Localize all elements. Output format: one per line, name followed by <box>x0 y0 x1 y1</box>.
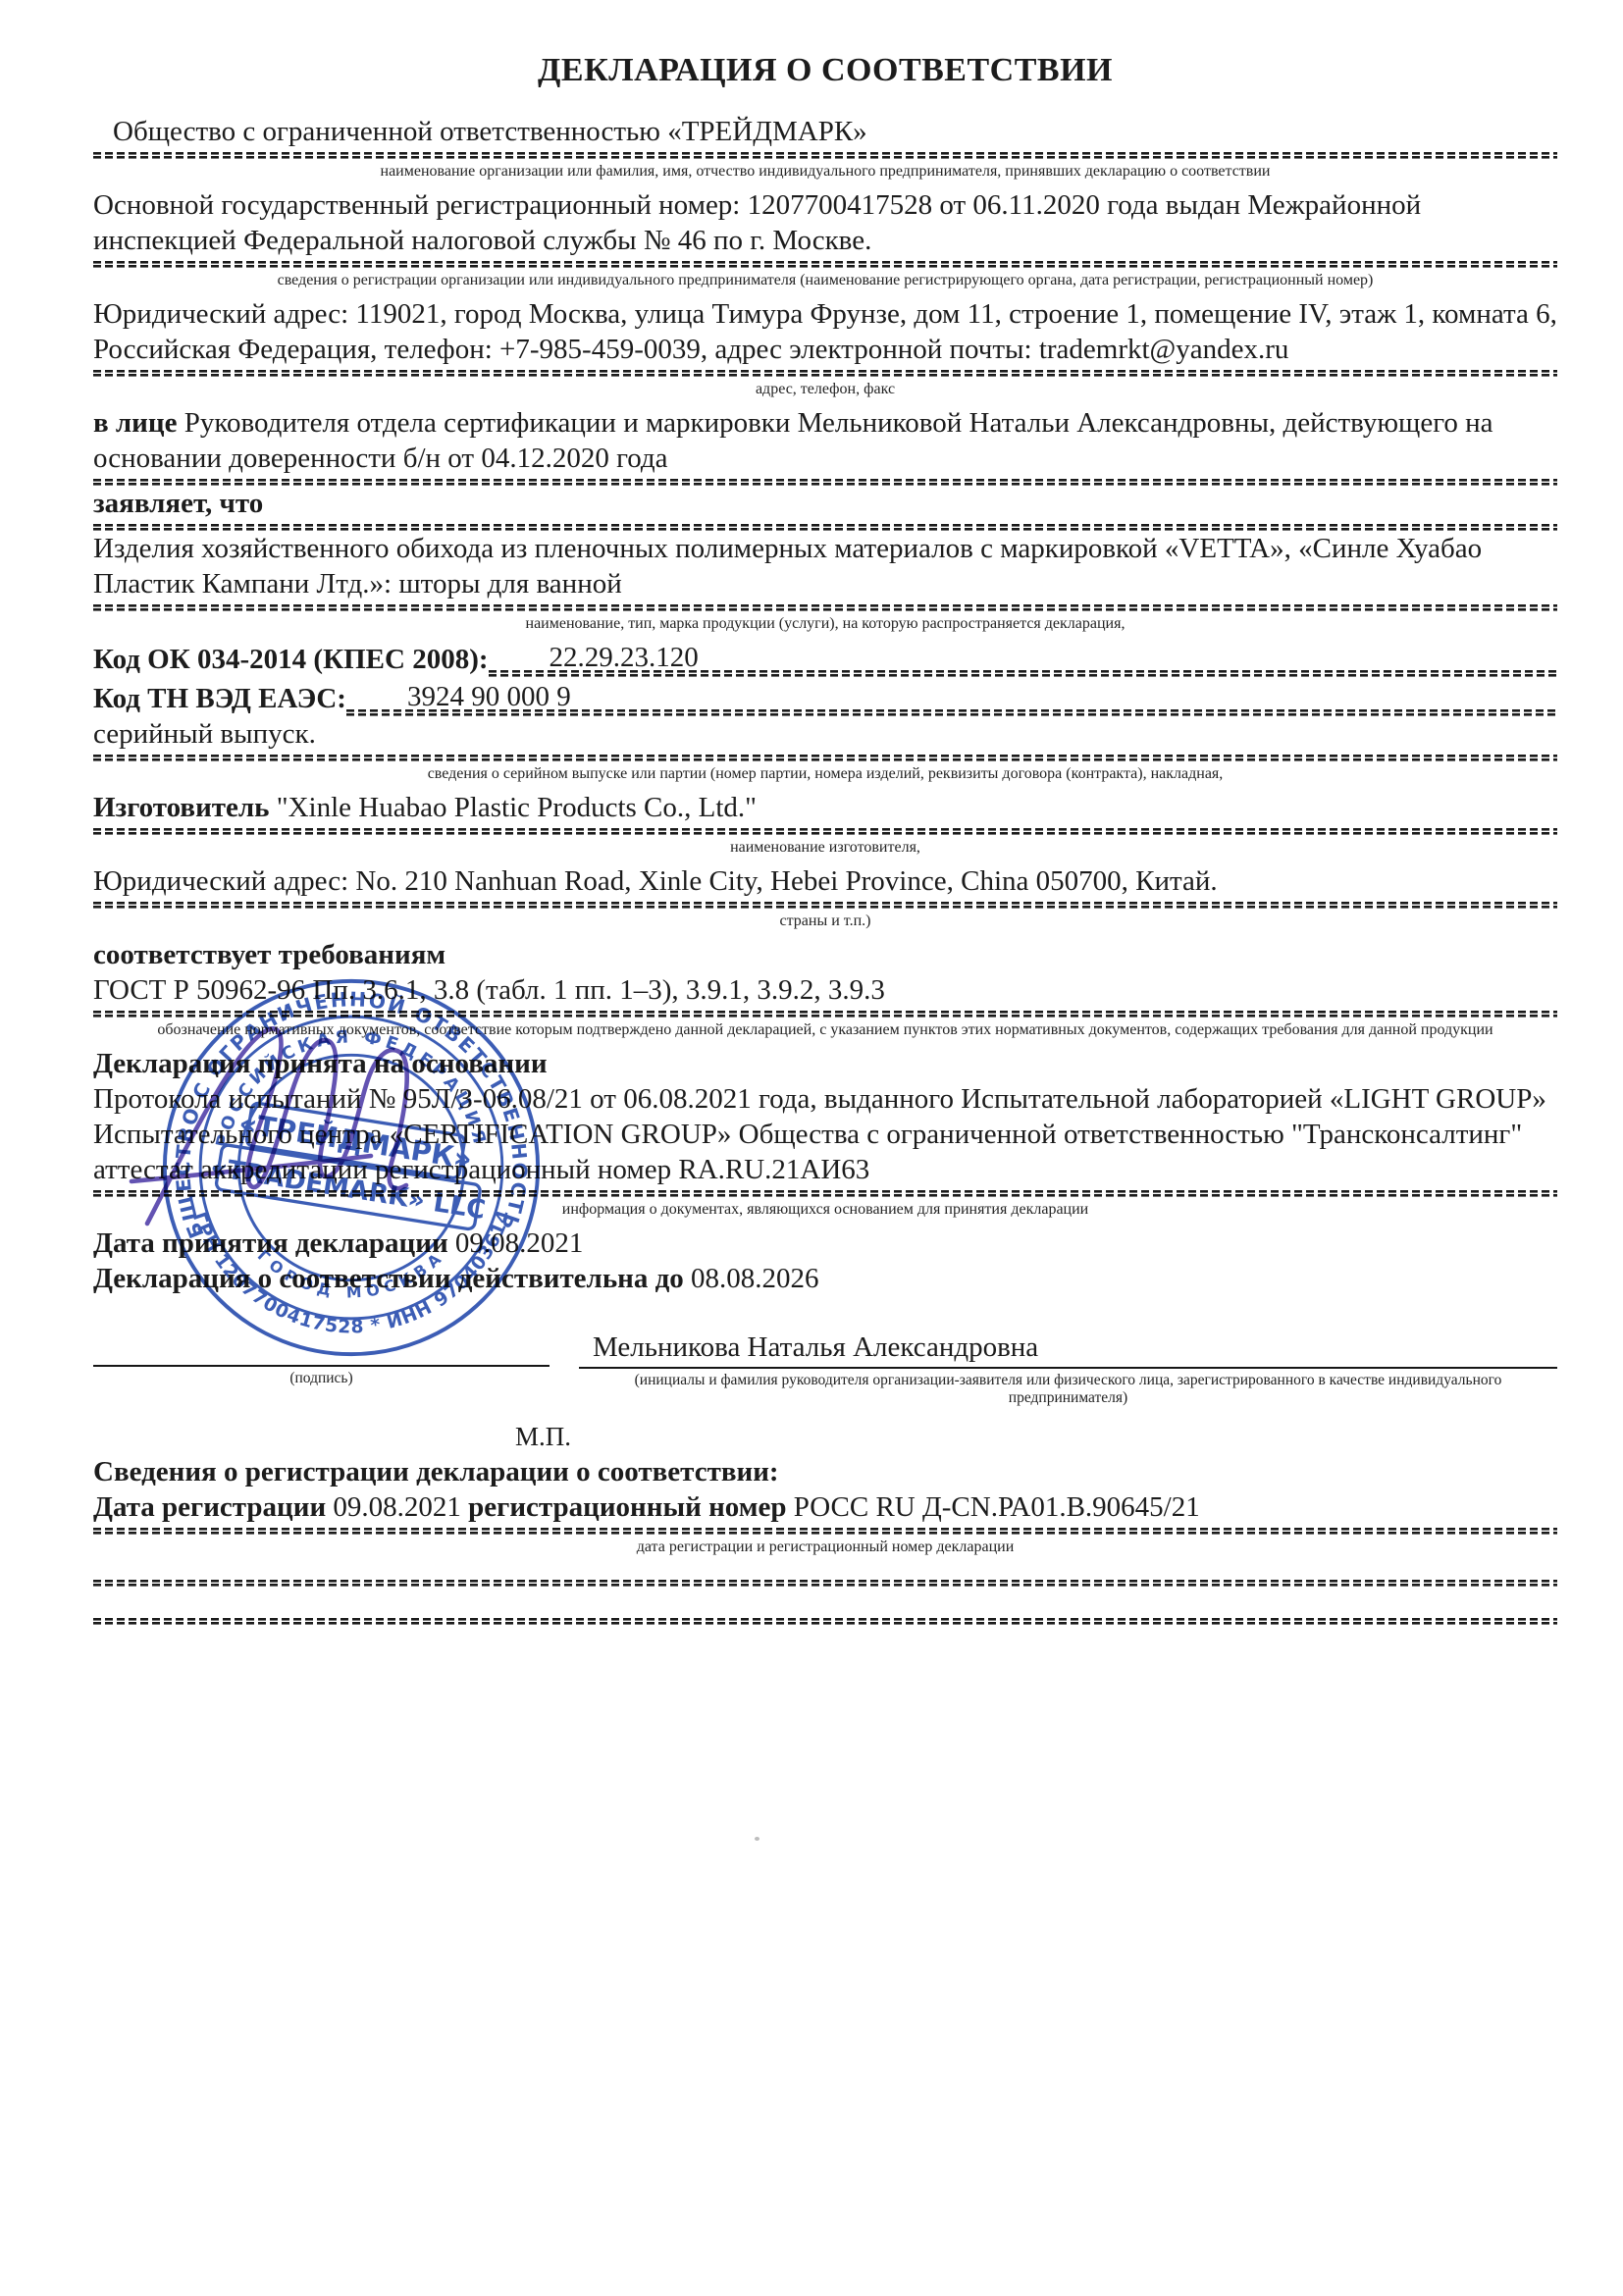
representative-text: Руководителя отдела сертификации и марки… <box>93 407 1493 474</box>
okp-code-label: Код ОК 034-2014 (КПЕС 2008): <box>93 642 489 677</box>
dashed-rule <box>93 152 1557 159</box>
compliance-heading: соответствует требованиям <box>93 937 1557 972</box>
manufacturer-address: Юридический адрес: No. 210 Nanhuan Road,… <box>93 863 1557 899</box>
signature-line <box>93 1365 550 1367</box>
dashed-rule <box>93 370 1557 377</box>
manufacturer-name: "Xinle Huabao Plastic Products Co., Ltd.… <box>277 792 757 823</box>
signatory-name-caption: (инициалы и фамилия руководителя организ… <box>579 1372 1557 1407</box>
registration-caption: дата регистрации и регистрационный номер… <box>93 1538 1557 1556</box>
declares-label: заявляет, что <box>93 486 1557 521</box>
ogrn-text: Основной государственный регистрационный… <box>93 187 1557 258</box>
okp-code-value: 22.29.23.120 <box>489 640 1557 677</box>
okp-code-row: Код ОК 034-2014 (КПЕС 2008): 22.29.23.12… <box>93 640 1557 677</box>
manufacturer-address-caption: страны и т.п.) <box>93 912 1557 930</box>
signature-stroke-main <box>147 1028 407 1224</box>
tnved-code-row: Код ТН ВЭД ЕАЭС: 3924 90 000 9 <box>93 679 1557 716</box>
registration-number-value: РОСС RU Д-CN.РА01.В.90645/21 <box>794 1491 1200 1523</box>
signatory-name-line <box>579 1367 1557 1369</box>
registration-date-value: 09.08.2021 <box>333 1491 461 1523</box>
serial-caption: сведения о серийном выпуске или партии (… <box>93 764 1557 783</box>
dashed-rule <box>93 1528 1557 1535</box>
dashed-rule <box>93 604 1557 611</box>
dashed-rule <box>93 1618 1557 1625</box>
dashed-rule <box>93 1580 1557 1587</box>
serial-text: серийный выпуск. <box>93 716 1557 752</box>
tnved-code-value: 3924 90 000 9 <box>346 679 1557 716</box>
declares-label-text: заявляет, что <box>93 488 263 519</box>
registration-heading: Сведения о регистрации декларации о соот… <box>93 1454 1557 1489</box>
dashed-rule <box>93 755 1557 761</box>
dashed-rule <box>93 524 1557 531</box>
declarant-caption: наименование организации или фамилия, им… <box>93 162 1557 181</box>
signature-right-column: Мельникова Наталья Александровна (инициа… <box>579 1330 1557 1407</box>
seal-place-mark: М.П. <box>515 1419 1557 1454</box>
declarant-address: Юридический адрес: 119021, город Москва,… <box>93 296 1557 367</box>
manufacturer-caption: наименование изготовителя, <box>93 838 1557 857</box>
validity-date-value: 08.08.2026 <box>691 1263 819 1294</box>
declarant-name: Общество с ограниченной ответственностью… <box>93 114 1557 149</box>
representative-label: в лице <box>93 407 177 439</box>
signatory-name: Мельникова Наталья Александровна <box>593 1330 1557 1365</box>
registration-date-label: Дата регистрации <box>93 1491 326 1523</box>
registration-line: Дата регистрации 09.08.2021 регистрацион… <box>93 1489 1557 1525</box>
stamp-inner-bottom-text: ГОРОД МОСКВА <box>254 1246 449 1302</box>
tnved-code-label: Код ТН ВЭД ЕАЭС: <box>93 681 346 716</box>
handwritten-signature <box>124 1013 449 1236</box>
signature-caption: (подпись) <box>93 1370 550 1387</box>
dashed-rule <box>93 261 1557 268</box>
ogrn-caption: сведения о регистрации организации или и… <box>93 271 1557 289</box>
dashed-rule <box>93 828 1557 835</box>
product-text: Изделия хозяйственного обихода из пленоч… <box>93 531 1557 601</box>
representative-line: в лице Руководителя отдела сертификации … <box>93 405 1557 476</box>
compliance-heading-text: соответствует требованиям <box>93 939 445 970</box>
document-title: ДЕКЛАРАЦИЯ О СООТВЕТСТВИИ <box>93 51 1557 90</box>
address-caption: адрес, телефон, факс <box>93 380 1557 398</box>
registration-number-label: регистрационный номер <box>468 1491 786 1523</box>
scan-speck <box>755 1837 759 1841</box>
product-caption: наименование, тип, марка продукции (услу… <box>93 614 1557 633</box>
manufacturer-line: Изготовитель "Xinle Huabao Plastic Produ… <box>93 790 1557 825</box>
dashed-rule <box>93 902 1557 909</box>
dashed-rule <box>93 479 1557 486</box>
manufacturer-label: Изготовитель <box>93 792 270 823</box>
declaration-document-page: ДЕКЛАРАЦИЯ О СООТВЕТСТВИИ Общество с огр… <box>0 0 1623 2296</box>
document-content: ДЕКЛАРАЦИЯ О СООТВЕТСТВИИ Общество с огр… <box>93 51 1557 1625</box>
